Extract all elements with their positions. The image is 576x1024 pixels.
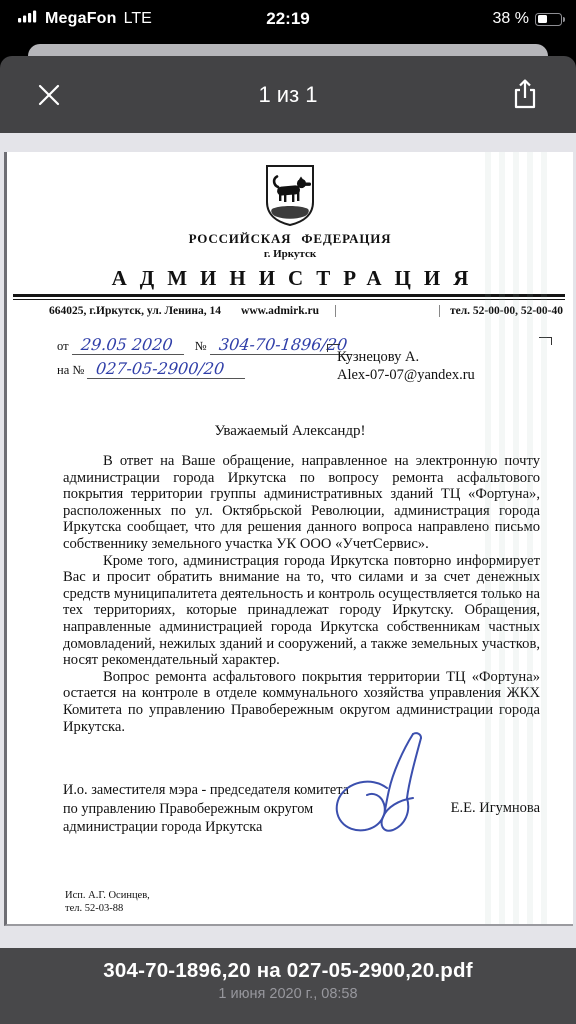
share-button[interactable]	[510, 76, 540, 112]
addressee-block: Кузнецову А. Alex-07-07@yandex.ru	[337, 348, 475, 384]
letterhead-address: 664025, г.Иркутск, ул. Ленина, 14	[49, 305, 221, 317]
letterhead-rule	[13, 294, 565, 300]
signature-block: И.о. заместителя мэра - председателя ком…	[63, 781, 540, 837]
battery-icon	[535, 13, 562, 26]
letterhead-phone: тел. 52-00-00, 52-00-40	[439, 305, 563, 317]
salutation: Уважаемый Александр!	[7, 423, 573, 440]
file-name: 304-70-1896,20 на 027-05-2900,20.pdf	[0, 959, 576, 983]
executor-block: Исп. А.Г. Осинцев, тел. 52-03-88	[65, 889, 573, 915]
letter-body: В ответ на Ваше обращение, направленное …	[63, 453, 540, 735]
letterhead-website: www.admirk.ru	[241, 305, 336, 317]
share-icon	[512, 78, 538, 110]
ref-reply-value-handwritten: 027-05-2900/20	[87, 359, 247, 379]
ref-from-value-handwritten: 29.05 2020	[72, 335, 186, 355]
ref-from-label: от	[57, 339, 69, 354]
clock: 22:19	[0, 9, 576, 29]
signer-title-line-1: И.о. заместителя мэра - председателя ком…	[63, 781, 349, 800]
signer-name: Е.Е. Игумнова	[451, 800, 540, 817]
executor-name: Исп. А.Г. Осинцев,	[65, 889, 573, 902]
paragraph-3: Вопрос ремонта асфальтового покрытия тер…	[63, 669, 540, 735]
file-date: 1 июня 2020 г., 08:58	[0, 986, 576, 1002]
status-bar: MegaFon LTE 22:19 38 %	[0, 0, 576, 44]
pdf-viewer[interactable]: РОССИЙСКАЯ ФЕДЕРАЦИЯ г. Иркутск АДМИНИСТ…	[0, 133, 576, 948]
recipient-email: Alex-07-07@yandex.ru	[337, 366, 475, 384]
letterhead-country: РОССИЙСКАЯ ФЕДЕРАЦИЯ	[7, 231, 573, 247]
signer-title-line-3: администрации города Иркутска	[63, 818, 349, 837]
address-corner-right-icon	[539, 337, 552, 345]
executor-phone: тел. 52-03-88	[65, 902, 573, 915]
handwritten-signature	[329, 728, 435, 840]
recipient-name: Кузнецову А.	[337, 348, 475, 366]
irkutsk-coat-of-arms-icon	[265, 164, 315, 226]
letterhead-city: г. Иркутск	[7, 248, 573, 260]
battery-percent-label: 38 %	[493, 10, 529, 28]
page-indicator: 1 из 1	[0, 82, 576, 108]
reference-block: от 29.05 2020 № 304-70-1896/20 на № 027-…	[57, 335, 573, 379]
paragraph-1: В ответ на Ваше обращение, направленное …	[63, 453, 540, 553]
viewer-toolbar: 1 из 1	[0, 56, 576, 133]
ref-number-label: №	[195, 339, 207, 354]
signer-title-line-2: по управлению Правобережным округом	[63, 800, 349, 819]
address-corner-left-icon	[327, 344, 340, 352]
document-page: РОССИЙСКАЯ ФЕДЕРАЦИЯ г. Иркутск АДМИНИСТ…	[4, 152, 573, 926]
letterhead-org: АДМИНИСТРАЦИЯ	[7, 266, 573, 291]
paragraph-2: Кроме того, администрация города Иркутск…	[63, 553, 540, 669]
ref-reply-label: на №	[57, 363, 84, 378]
file-info-bar: 304-70-1896,20 на 027-05-2900,20.pdf 1 и…	[0, 948, 576, 1024]
